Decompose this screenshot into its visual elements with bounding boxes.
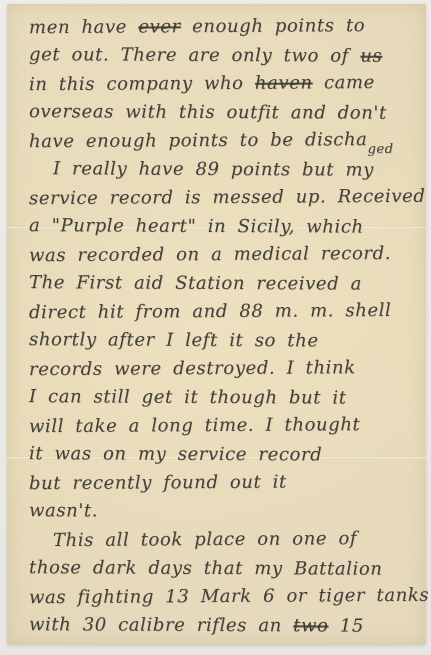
handwriting-line: have enough points to be dischaged — [29, 126, 415, 157]
handwriting-text: will take a long time. I thought — [29, 414, 360, 437]
handwriting-text: a "Purple heart" in Sicily, which — [29, 215, 364, 237]
struck-out-word: ever — [138, 16, 181, 37]
struck-out-word: us — [360, 45, 382, 66]
handwriting-line: I really have 89 points but my — [29, 155, 415, 185]
handwriting-text: This all took place on one of — [53, 528, 357, 551]
letter-paper: men have ever enough points toget out. T… — [7, 4, 426, 645]
handwriting-line: I can still get it though but it — [29, 383, 415, 413]
handwriting-text: I really have 89 points but my — [53, 158, 374, 180]
handwriting-line: will take a long time. I thought — [29, 411, 415, 442]
handwriting-line: get out. There are only two of us — [29, 41, 415, 71]
handwriting-line: The First aid Station received a — [29, 269, 415, 299]
struck-out-word: haven — [255, 72, 313, 93]
handwriting-text: was fighting 13 Mark 6 or tiger tanks — [29, 585, 429, 608]
scan-background: men have ever enough points toget out. T… — [0, 0, 431, 655]
handwriting-text: have enough points to be discha — [29, 129, 368, 152]
handwriting-text: service record is messed up. Received — [29, 186, 426, 209]
handwriting-text: enough points to — [181, 15, 366, 37]
handwriting-line: those dark days that my Battalion — [29, 554, 415, 584]
handwriting-text: came — [313, 72, 375, 93]
handwriting-text: overseas with this outfit and don't — [29, 101, 387, 124]
handwriting-text: those dark days that my Battalion — [29, 557, 383, 580]
handwriting-text: I can still get it though but it — [29, 386, 347, 408]
handwriting-text: 15 — [328, 615, 364, 636]
handwriting-text: but recently found out it — [29, 472, 287, 495]
handwriting-line: was fighting 13 Mark 6 or tiger tanks — [29, 582, 415, 613]
handwriting-text: wasn't. — [29, 500, 98, 521]
handwriting-text: in this company who — [29, 73, 255, 95]
handwriting-text: direct hit from and 88 m. m. shell — [29, 300, 392, 323]
handwriting-line: wasn't. — [29, 497, 415, 527]
handwriting-text: The First aid Station received a — [29, 272, 362, 294]
handwriting-text: get out. There are only two of — [29, 44, 360, 66]
handwriting-text: shortly after I left it so the — [29, 329, 319, 351]
handwriting-line: records were destroyed. I think — [29, 354, 415, 385]
handwriting-line: men have ever enough points to — [29, 12, 415, 43]
handwriting-line: direct hit from and 88 m. m. shell — [29, 297, 415, 328]
handwriting-text: was recorded on a medical record. — [29, 243, 391, 266]
handwriting-line: This all took place on one of — [29, 525, 415, 556]
handwriting-text: with 30 calibre rifles an — [29, 614, 293, 636]
handwriting-line: a "Purple heart" in Sicily, which — [29, 212, 415, 242]
handwriting-line: was recorded on a medical record. — [29, 240, 415, 271]
handwriting-text: it was on my service record — [29, 443, 322, 465]
handwriting-line: it was on my service record — [29, 440, 415, 470]
handwriting-text: records were destroyed. I think — [29, 357, 356, 380]
handwriting-line: shortly after I left it so the — [29, 326, 415, 356]
handwriting-line: overseas with this outfit and don't — [29, 98, 415, 128]
handwriting-line: in this company who haven came — [29, 69, 415, 100]
handwriting-line: service record is messed up. Received — [29, 183, 415, 214]
handwriting-line: with 30 calibre rifles an two 15 — [29, 611, 415, 641]
handwriting-text: men have — [29, 17, 138, 39]
handwriting-line: but recently found out it — [29, 468, 415, 499]
letter-body: men have ever enough points toget out. T… — [29, 13, 415, 640]
struck-out-word: two — [293, 615, 328, 636]
